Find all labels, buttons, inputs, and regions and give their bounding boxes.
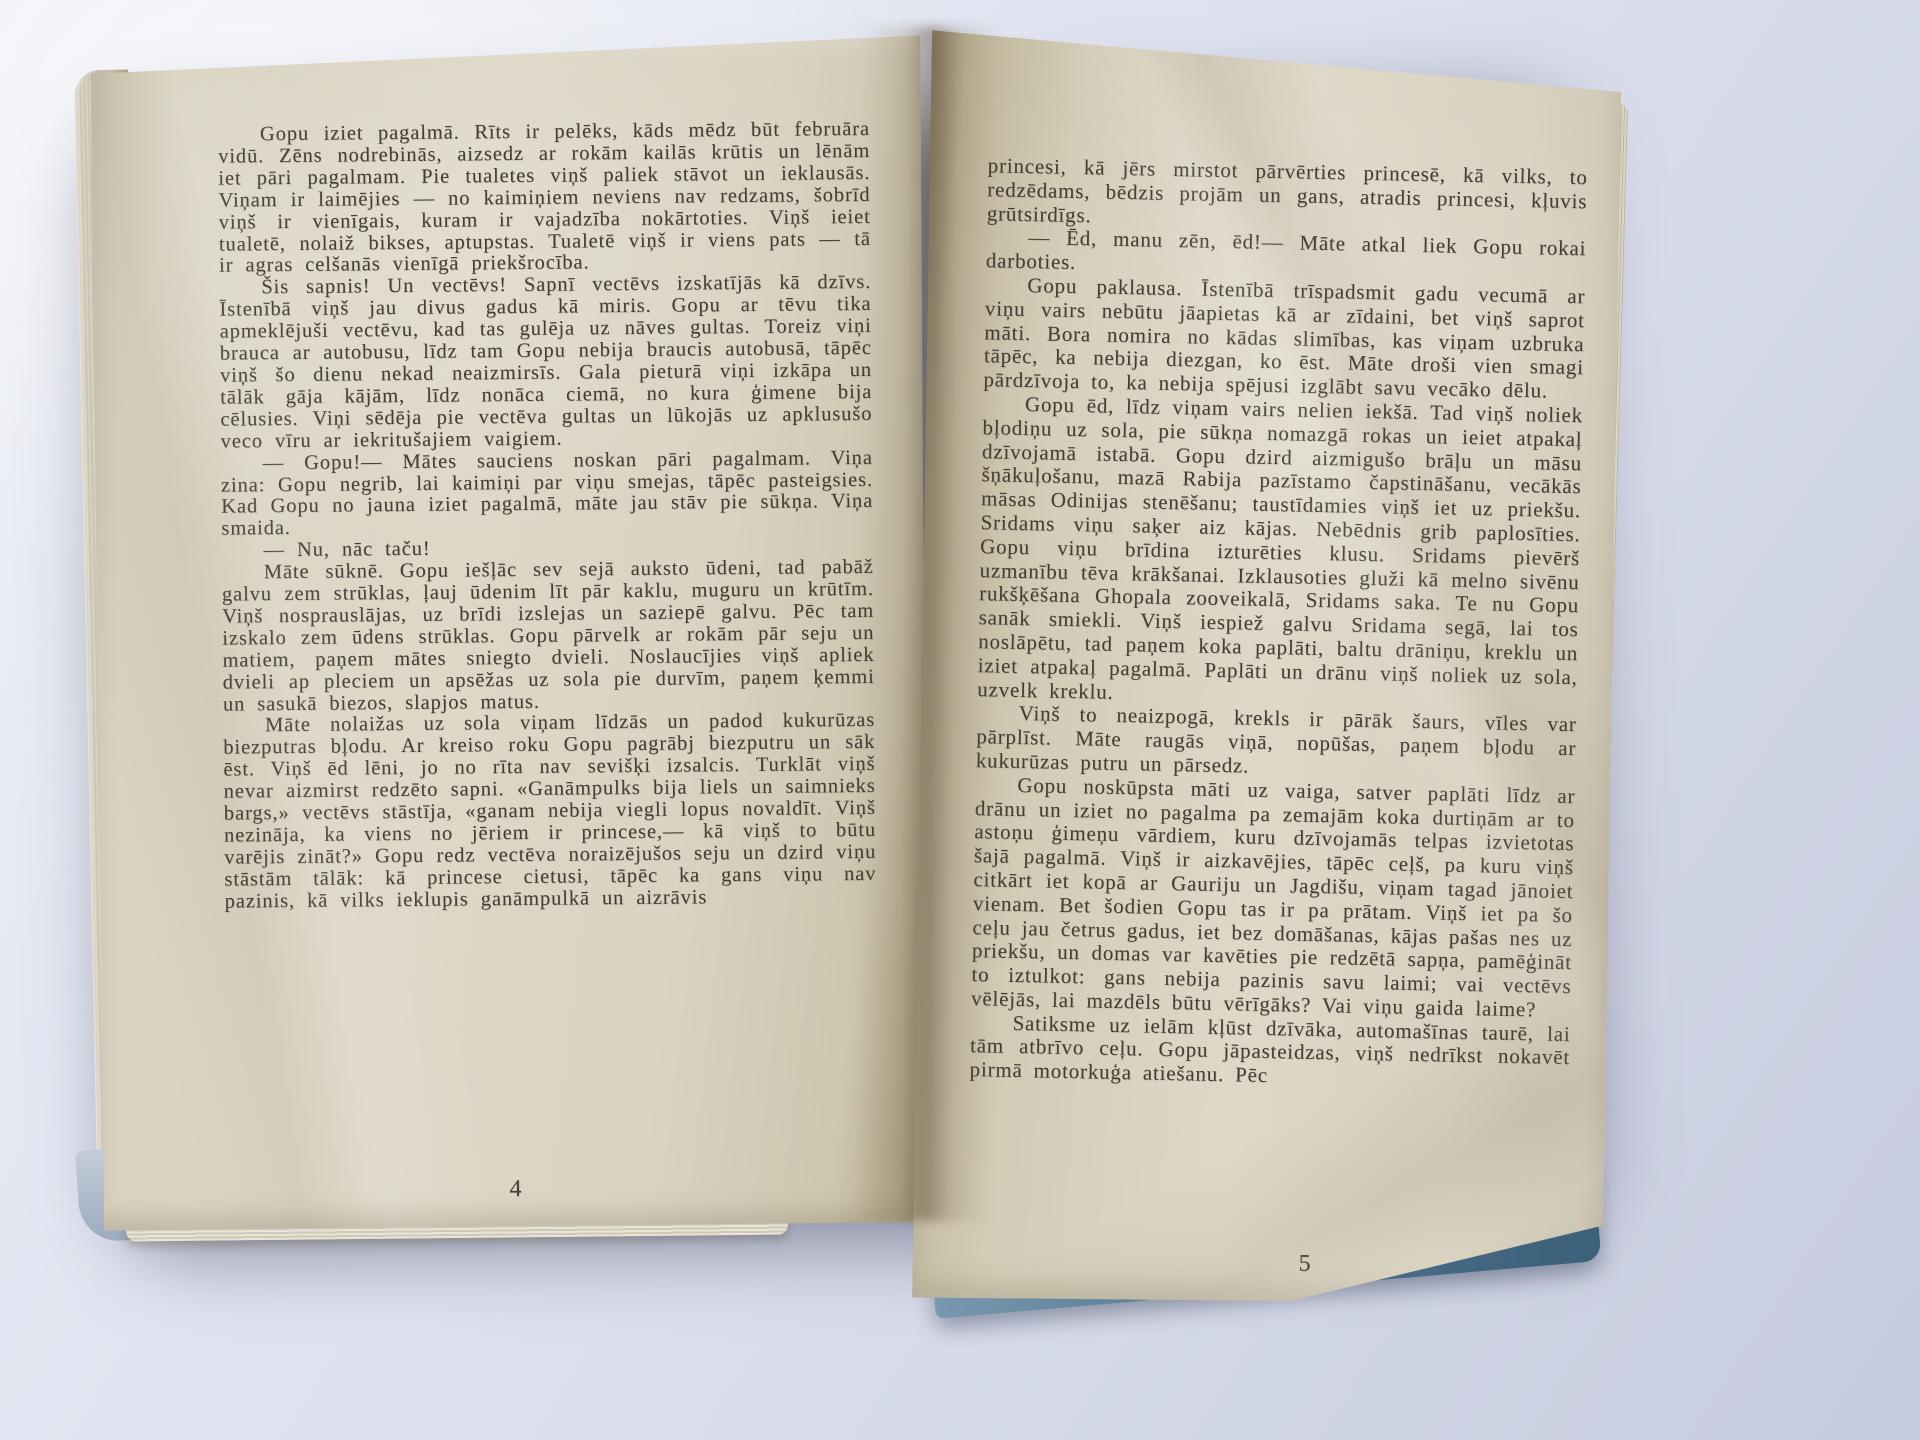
- paragraph: — Gopu!— Mātes sauciens noskan pāri paga…: [221, 448, 874, 541]
- left-page: Gopu iziet pagalmā. Rīts ir pelēks, kāds…: [90, 35, 927, 1230]
- open-book: Gopu iziet pagalmā. Rīts ir pelēks, kāds…: [0, 0, 1920, 1440]
- right-page-text: princesi, kā jērs mirstot pārvērties pri…: [969, 154, 1588, 1094]
- paragraph: Satiksme uz ielām kļūst dzīvāka, automaš…: [969, 1011, 1570, 1094]
- book-photo-stage: Gopu iziet pagalmā. Rīts ir pelēks, kāds…: [0, 0, 1920, 1440]
- left-page-text: Gopu iziet pagalmā. Rīts ir pelēks, kāds…: [218, 119, 877, 913]
- left-page-number: 4: [509, 1176, 521, 1203]
- paragraph: Gopu noskūpsta māti uz vaiga, satver pap…: [971, 773, 1576, 1023]
- paragraph: Māte nolaižas uz sola viņam līdzās un pa…: [223, 710, 877, 913]
- paragraph: Māte sūknē. Gopu iešļāc sev sejā auksto …: [222, 557, 875, 716]
- right-page-number: 5: [1298, 1251, 1310, 1278]
- paragraph: Gopu paklausa. Īstenībā trīspadsmit gadu…: [983, 273, 1585, 404]
- paragraph: Gopu ēd, līdz viņam vairs nelien iekšā. …: [977, 392, 1583, 713]
- paragraph-continuation: princesi, kā jērs mirstot pārvērties pri…: [987, 154, 1588, 237]
- paragraph: Viņš to neaizpogā, krekls ir pārāk šaurs…: [976, 701, 1577, 784]
- right-page: princesi, kā jērs mirstot pārvērties pri…: [912, 23, 1622, 1309]
- paragraph: Šis sapnis! Un vectēvs! Sapnī vectēvs iz…: [219, 272, 873, 453]
- paragraph: Gopu iziet pagalmā. Rīts ir pelēks, kāds…: [218, 119, 871, 278]
